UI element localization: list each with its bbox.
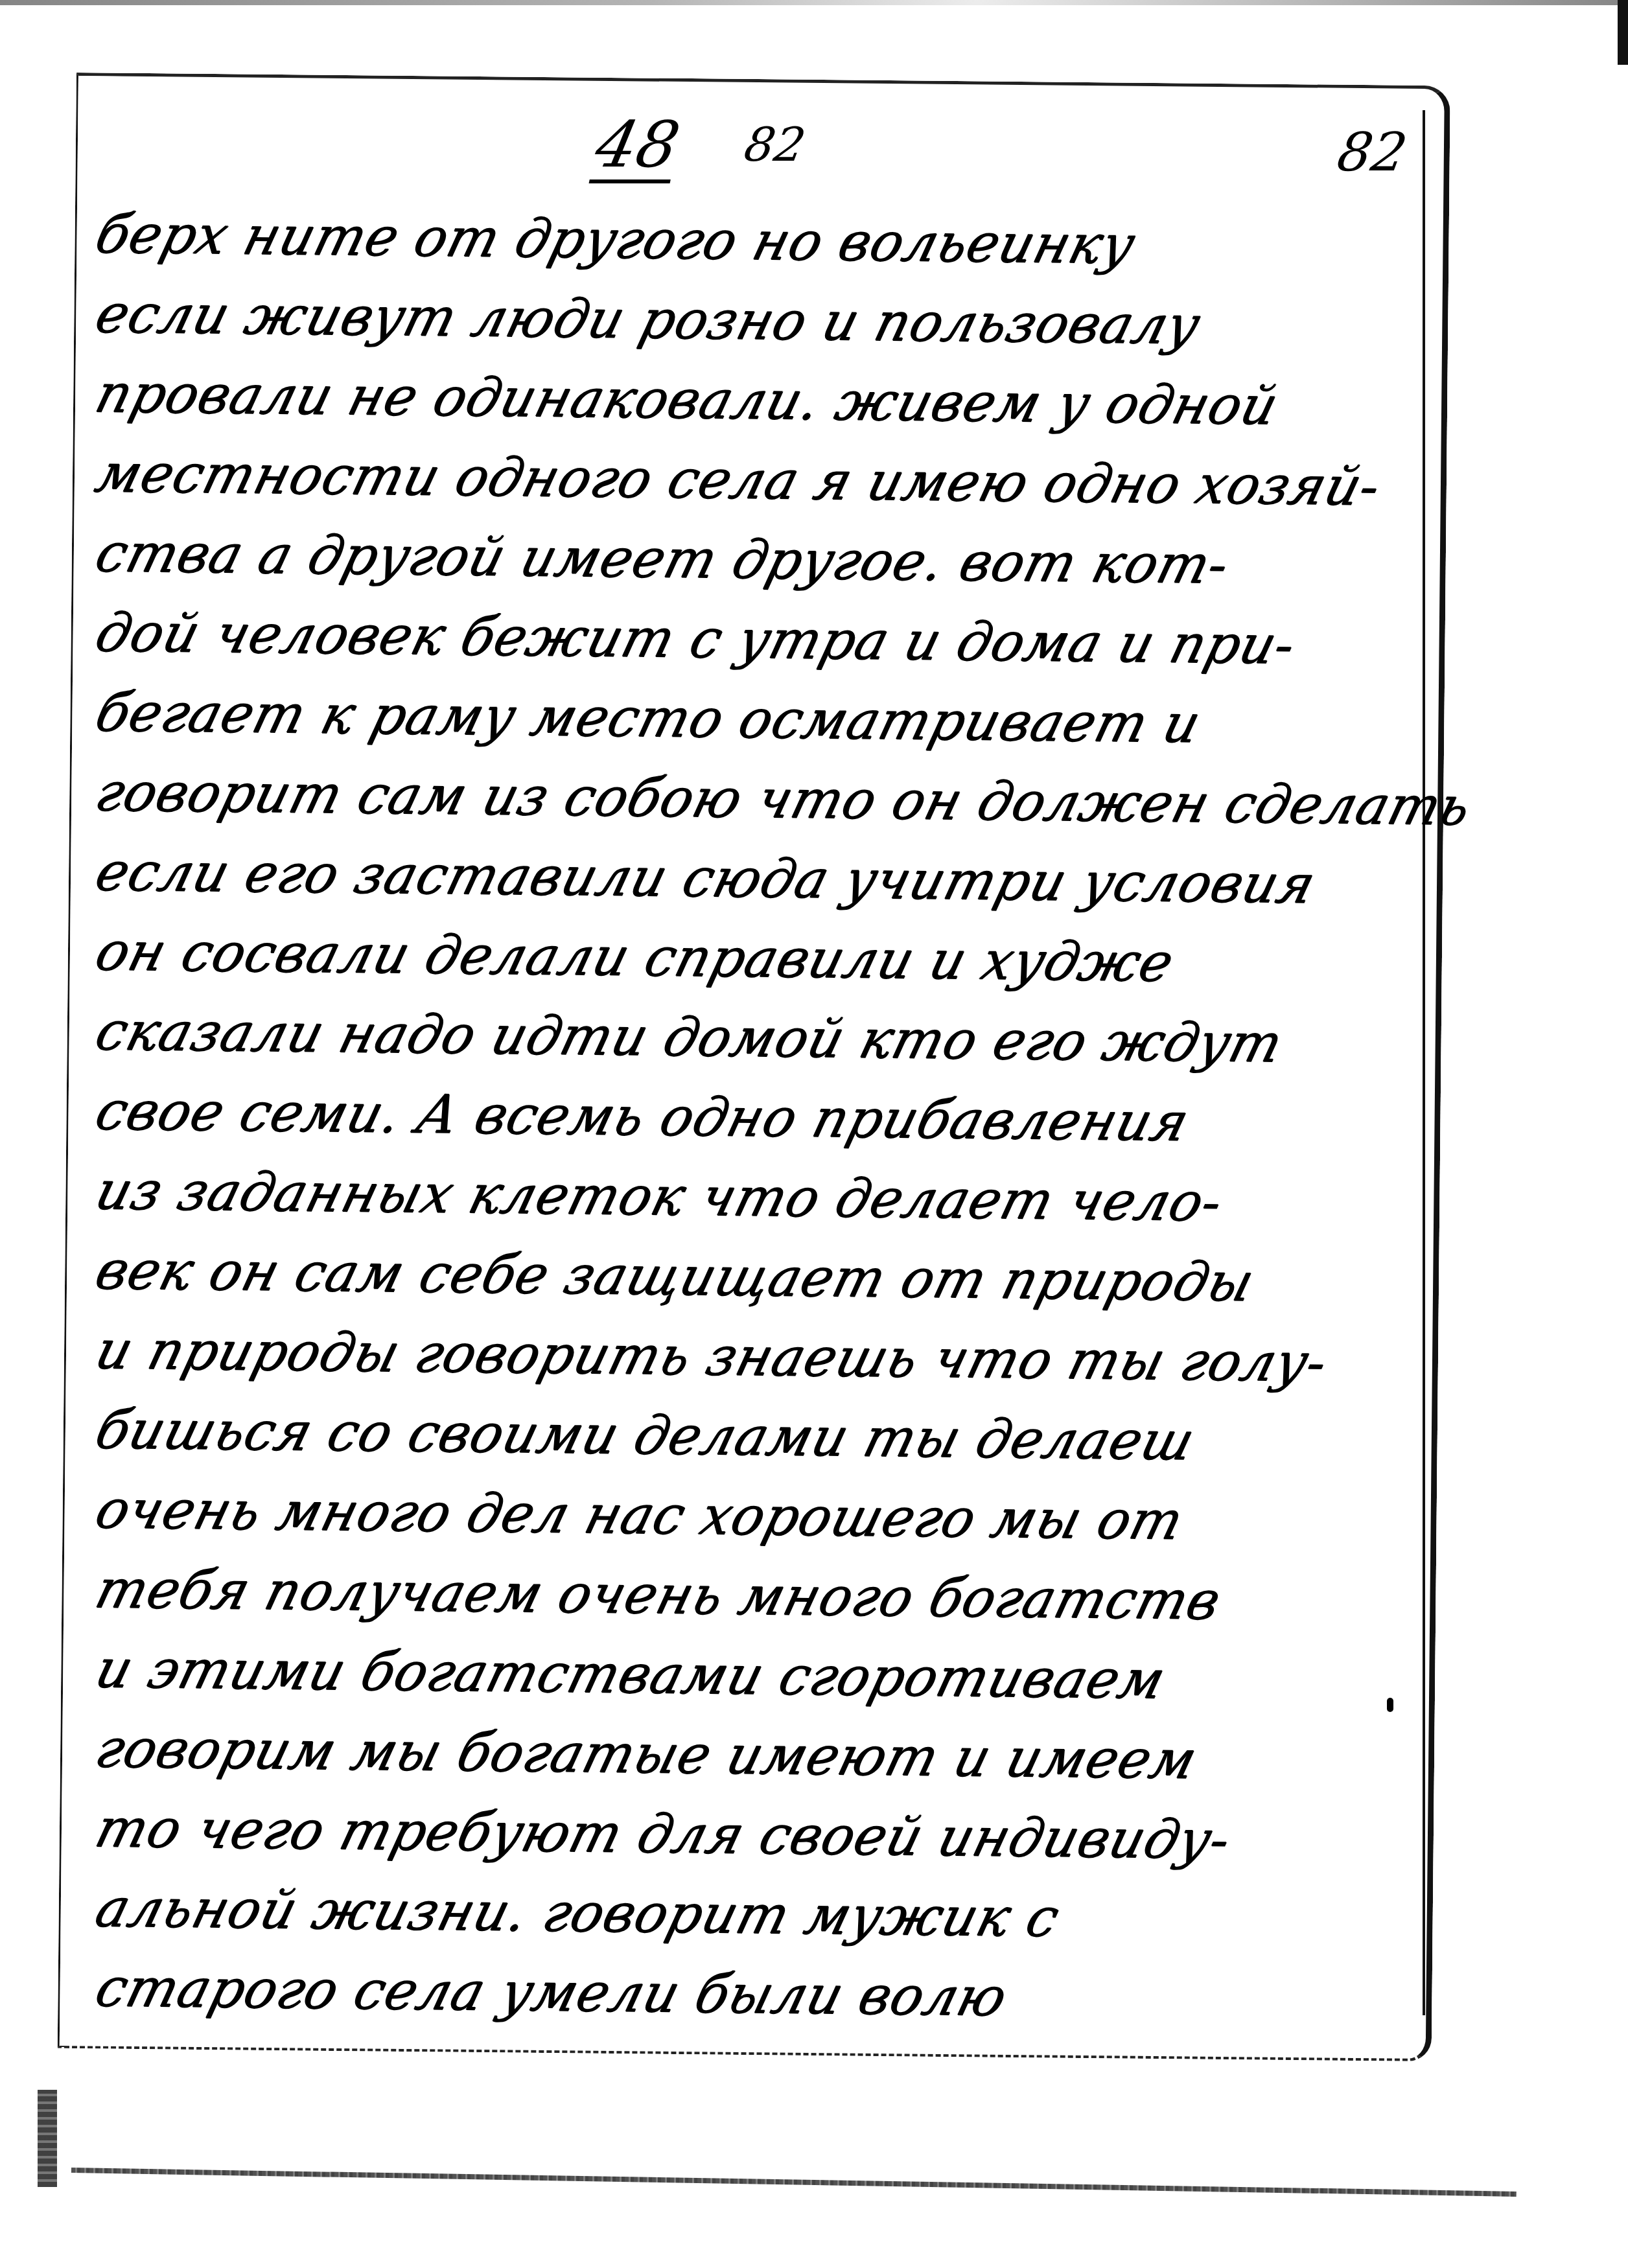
text-line: берх ните от другого но вольеинку	[87, 194, 1426, 288]
margin-ink-mark	[1387, 1698, 1393, 1712]
text-line: бегает к раму место осматривает и	[87, 673, 1426, 766]
text-line: очень много дел нас хорошего мы от	[87, 1470, 1426, 1563]
text-line: бишься со своими делами ты делаеш	[87, 1390, 1426, 1483]
text-line: век он сам себе защищает от природы	[87, 1231, 1426, 1324]
text-line: из заданных клеток что делает чело-	[87, 1151, 1426, 1244]
text-line: говорим мы богатые имеют и имеем	[87, 1709, 1426, 1802]
page-number-corner: 82	[1334, 126, 1411, 179]
handwritten-text-body: берх ните от другого но вольеинку если ж…	[97, 194, 1419, 2028]
text-line: если его заставили сюда учитри условия	[87, 832, 1426, 925]
binding-smudge	[38, 2090, 57, 2187]
scan-edge-corner	[1618, 0, 1628, 65]
text-line: то чего требуют для своей индивиду-	[87, 1788, 1426, 1882]
page-number-main: 48	[589, 113, 685, 183]
text-line: если живут люди розно и пользовалу	[87, 274, 1426, 367]
text-line: местности одного села я имею одно хозяй-	[87, 434, 1426, 527]
text-line: дой человек бежит с утра и дома и при-	[87, 593, 1426, 686]
text-line: сказали надо идти домой кто его ждут	[87, 991, 1426, 1085]
bottom-margin-line	[71, 2168, 1517, 2197]
text-line: говорит сам из собою что он должен сдела…	[87, 752, 1426, 846]
text-line: и природы говорить знаешь что ты голу-	[87, 1310, 1426, 1404]
page-number-secondary: 82	[741, 121, 809, 168]
text-line: и этими богатствами сгоротиваем	[87, 1629, 1426, 1722]
page-number-header: 48 82 82	[0, 113, 1628, 191]
text-line: ства а другой имеет другое. вот кот-	[87, 513, 1426, 607]
text-line: провали не одинаковали. живем у одной	[87, 354, 1426, 447]
text-line: альной жизни. говорит мужик с	[87, 1868, 1426, 1961]
text-line: свое семи. А всемь одно прибавления	[87, 1071, 1426, 1164]
scan-edge-top	[0, 0, 1628, 5]
text-line: старого села умели были волю	[87, 1948, 1426, 2041]
text-line: тебя получаем очень много богатств	[87, 1549, 1426, 1643]
text-line: он сосвали делали справили и худже	[87, 912, 1426, 1005]
